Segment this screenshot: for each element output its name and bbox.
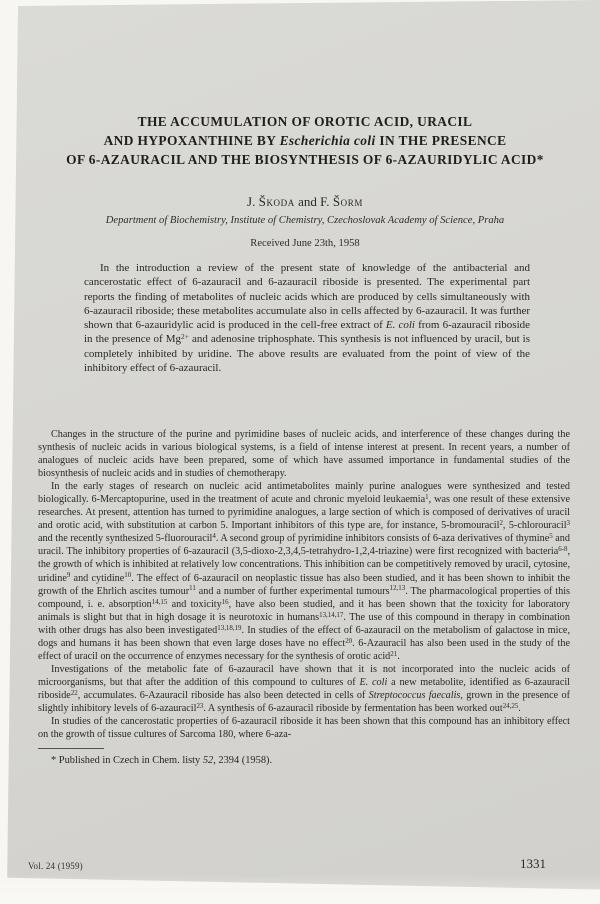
body-paragraph-3: Investigations of the metabolic fate of … [38, 663, 570, 715]
affiliation-line: Department of Biochemistry, Institute of… [32, 215, 578, 226]
footer-volume-label: Vol. 24 (1959) [28, 861, 83, 871]
abstract-paragraph: In the introduction a review of the pres… [84, 261, 530, 375]
body-paragraph-2: In the early stages of research on nucle… [38, 480, 570, 663]
footnote-text: * Published in Czech in Chem. listy 52, … [38, 754, 570, 767]
scanned-page: THE ACCUMULATION OF OROTIC ACID, URACIL … [0, 0, 600, 904]
body-paragraph-1: Changes in the structure of the purine a… [38, 428, 570, 480]
title-line-2: AND HYPOXANTHINE BY Escherichia coli IN … [32, 131, 578, 150]
received-date-line: Received June 23th, 1958 [32, 238, 578, 249]
title-line-3: OF 6-AZAURACIL AND THE BIOSYNTHESIS OF 6… [32, 150, 578, 169]
abstract-block: In the introduction a review of the pres… [84, 261, 530, 375]
title-line-1: THE ACCUMULATION OF OROTIC ACID, URACIL [32, 112, 578, 131]
article-body: Changes in the structure of the purine a… [38, 428, 570, 767]
footer-page-number: 1331 [520, 856, 546, 872]
footnote-rule [38, 748, 104, 749]
body-paragraph-4: In studies of the cancerostatic properti… [38, 715, 570, 741]
article-title: THE ACCUMULATION OF OROTIC ACID, URACIL … [32, 112, 578, 169]
authors-line: J. Škoda and F. Šorm [32, 194, 578, 210]
